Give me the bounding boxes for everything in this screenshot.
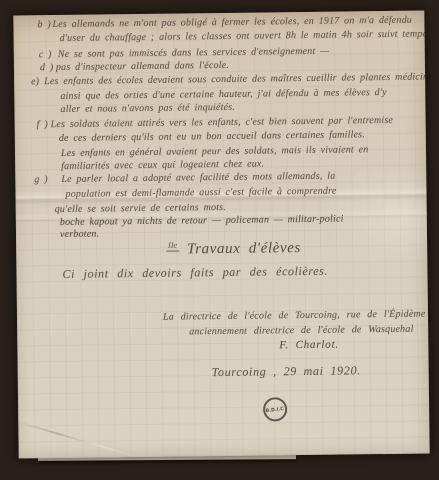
letter-line: Ne se sont pas immiscés dans les service… — [58, 46, 330, 60]
item-g-label: g ) — [34, 174, 48, 185]
signature-name: F. Charlot. — [279, 339, 339, 352]
item-e-label: e) — [31, 76, 39, 87]
letter-line: verboten. — [60, 228, 99, 239]
section-heading-title: Travaux d'élèves — [187, 240, 301, 257]
letter-line: Les enfants en général avaient peur des … — [61, 144, 369, 159]
section-heading-numeral: IIe — [166, 241, 179, 252]
item-c-label: c ) — [39, 49, 52, 60]
letter-line: pas d'inspecteur allemand dans l'école. — [56, 60, 229, 73]
fold-crease-bottom-left — [15, 420, 142, 458]
letter-line: de ces derniers qu'ils ont eu un bon acc… — [59, 129, 365, 144]
item-f-label: f ) — [37, 119, 48, 130]
letter-line: aller et nous n'avons pas été inquiétés. — [60, 102, 235, 115]
stamp-label: B.D.I.C — [266, 406, 284, 414]
letter-line: Les soldats étaient attirés vers les enf… — [51, 115, 394, 130]
letter-line: Les enfants des écoles devaient sous con… — [44, 71, 430, 87]
letter-line: qu'elle se soit servie de certains mots. — [55, 202, 226, 215]
letter-line: boche kapout ya nichts de retour — polic… — [60, 214, 344, 228]
item-b-label: b ) — [37, 19, 51, 30]
bdic-library-stamp: B.D.I.C — [262, 396, 289, 423]
letter-line: familiarités avec ceux qui logeaient che… — [61, 158, 264, 171]
letter-line: ainsi que des orties d'une certaine haut… — [60, 87, 387, 102]
signature-role-line-2: anciennement directrice de l'école de Wa… — [189, 324, 413, 338]
letter-page: b ) Les allemands ne m'ont pas obligé à … — [13, 11, 429, 459]
item-d-label: d ) — [40, 62, 54, 73]
dateline: Tourcoing , 29 mai 1920. — [212, 363, 361, 380]
scan-background: { "letter": { "items": [ { "label": "b )… — [0, 0, 439, 480]
signature-role-line-1: La directrice de l'école de Tourcoing, r… — [163, 309, 426, 323]
enclosure-note: Ci joint dix devoirs faits par des écoli… — [62, 264, 328, 282]
letter-line: Le parler local a adopté avec facilité d… — [61, 171, 335, 185]
section-heading: IIeTravaux d'élèves — [166, 239, 301, 259]
